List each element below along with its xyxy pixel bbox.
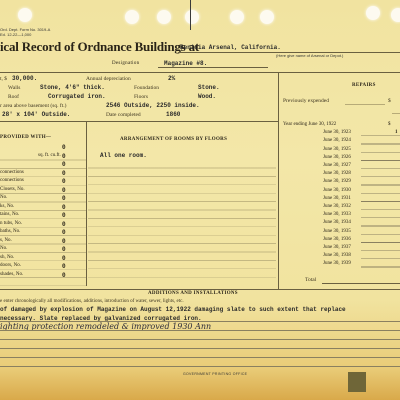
arrangement-lines <box>88 160 276 285</box>
depreciation-label: Annual depreciation <box>86 76 131 82</box>
provided-lines <box>0 152 86 286</box>
divider <box>345 104 385 105</box>
location-value: Benicia Arsenal, California. <box>180 44 281 51</box>
previously-currency: $ <box>388 98 391 104</box>
designation-label: Designation <box>112 61 139 66</box>
year-mark: $ <box>388 122 391 127</box>
column-divider <box>278 72 279 290</box>
punch-hole <box>260 10 274 24</box>
year-label: June 30, 1931 <box>323 196 351 204</box>
year-label: June 30, 1933 <box>323 212 351 220</box>
year-label: June 30, 1925 <box>323 147 351 155</box>
year-label: June 30, 1924 <box>323 138 351 146</box>
area-label: r area above basement (sq. ft.) <box>0 103 66 109</box>
arrangement-text: All one room. <box>100 152 147 159</box>
year-label: June 30, 1936 <box>323 237 351 245</box>
year-label: June 30, 1938 <box>323 253 351 261</box>
depreciation-value: 2% <box>168 75 175 82</box>
amount-lines <box>361 128 400 270</box>
foundation-value: Stone. <box>198 84 220 91</box>
divider <box>0 72 400 73</box>
punch-hole <box>185 10 199 24</box>
year-label: June 30, 1932 <box>323 204 351 212</box>
arrangement-header: ARRANGEMENT OF ROOMS BY FLOORS <box>120 137 227 142</box>
location-note: (Here give name of Arsenal or Depot.) <box>276 53 343 58</box>
foundation-label: Foundation <box>134 85 159 91</box>
year-label: Year ending June 30, 1922 <box>283 122 336 127</box>
divider <box>322 283 400 284</box>
previously-expended-label: Previously expended <box>283 98 329 104</box>
edge-mark <box>190 0 191 30</box>
punch-hole <box>230 10 244 24</box>
roof-value: Corrugated iron. <box>48 93 106 100</box>
date-completed-value: 1860 <box>166 111 180 118</box>
punch-hole <box>157 10 171 24</box>
dimensions-value: 28' x 104' Outside. <box>2 111 70 118</box>
walls-label: Walls <box>8 85 20 91</box>
cost-label: t, $ <box>0 76 7 82</box>
provided-header: PROVIDED WITH— <box>0 135 51 140</box>
year-label: June 30, 1939 <box>323 261 351 269</box>
punch-hole <box>125 10 139 24</box>
year-label: June 30, 1926 <box>323 155 351 163</box>
floors-value: Wood. <box>198 93 216 100</box>
walls-value: Stone, 4'6" thick. <box>40 84 105 91</box>
designation-value: Magazine #8. <box>164 60 207 67</box>
stamp-mark <box>348 372 366 392</box>
floors-label: Floors <box>134 94 148 100</box>
divider <box>0 289 400 290</box>
additions-lines <box>0 313 400 370</box>
form-edition: Ed. 12-22—1,000 <box>0 32 31 37</box>
column-divider <box>86 121 87 286</box>
year-label: June 30, 1937 <box>323 245 351 253</box>
additions-line-1: of damaged by explosion of Magazine on A… <box>0 306 346 313</box>
year-label: June 30, 1923 <box>323 130 351 135</box>
year-label: June 30, 1930 <box>323 188 351 196</box>
repairs-header: REPAIRS <box>352 83 376 88</box>
year-label: June 30, 1928 <box>323 171 351 179</box>
document-title: ical Record of Ordnance Buildings at <box>0 39 199 55</box>
punch-hole <box>366 6 380 20</box>
date-completed-label: Date completed <box>106 112 141 118</box>
additions-instruction: e enter chronologically all modification… <box>0 299 184 304</box>
year-label: June 30, 1929 <box>323 179 351 187</box>
provided-value: 0 <box>62 144 66 151</box>
divider <box>0 121 278 122</box>
punch-hole <box>18 8 32 22</box>
total-label: Total <box>305 277 316 283</box>
repairs-years: Year ending June 30, 1922$ June 30, 1923… <box>283 122 400 282</box>
year-label: June 30, 1934 <box>323 220 351 228</box>
divider <box>158 67 268 68</box>
year-label: June 30, 1935 <box>323 229 351 237</box>
printer-credit: GOVERNMENT PRINTING OFFICE <box>183 372 247 377</box>
punch-hole <box>391 8 400 22</box>
roof-label: Roof <box>8 94 19 100</box>
cost-value: 30,000. <box>12 75 37 82</box>
area-value: 2546 Outside, 2250 inside. <box>106 102 200 109</box>
divider <box>392 113 400 114</box>
year-label: June 30, 1927 <box>323 163 351 171</box>
additions-header: ADDITIONS AND INSTALLATIONS <box>148 291 238 296</box>
